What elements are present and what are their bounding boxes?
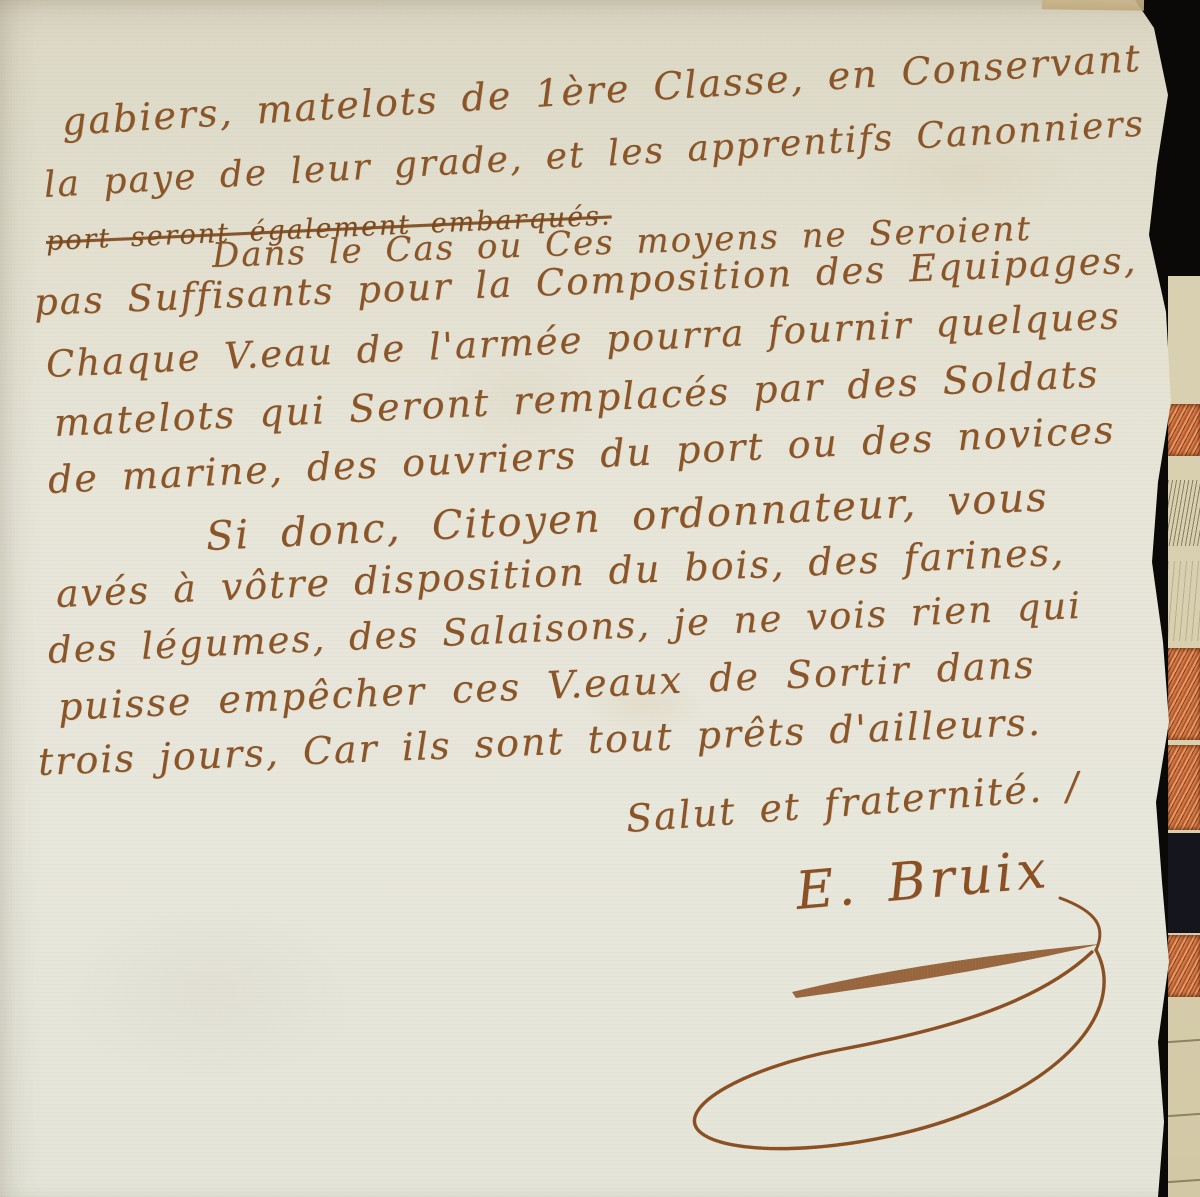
rope-segment [1168, 745, 1200, 830]
flourish-stroke [1060, 898, 1100, 950]
manuscript-photo: gabiers, matelots de 1ère Classe, en Con… [0, 0, 1200, 1197]
closing-salutation: Salut et fraternité. / [624, 764, 1082, 841]
adjacent-plate-strip [1168, 276, 1200, 1197]
flourish-needle-loop [792, 944, 1100, 998]
dark-plate-block [1168, 833, 1200, 933]
rope-segment [1168, 648, 1200, 740]
rope-segment [1168, 404, 1200, 456]
plate-rule-line [1168, 1039, 1200, 1043]
engraving-hatch [1168, 480, 1200, 546]
top-edge-paper-sliver [1042, 0, 1144, 11]
signature-flourish [540, 880, 1140, 1160]
plate-rule-line [1168, 1113, 1200, 1117]
letter-sheet: gabiers, matelots de 1ère Classe, en Con… [0, 0, 1200, 1197]
rope-segment [1168, 935, 1200, 997]
plate-rule-line [1168, 1179, 1200, 1183]
engraving-hatch [1168, 561, 1200, 641]
